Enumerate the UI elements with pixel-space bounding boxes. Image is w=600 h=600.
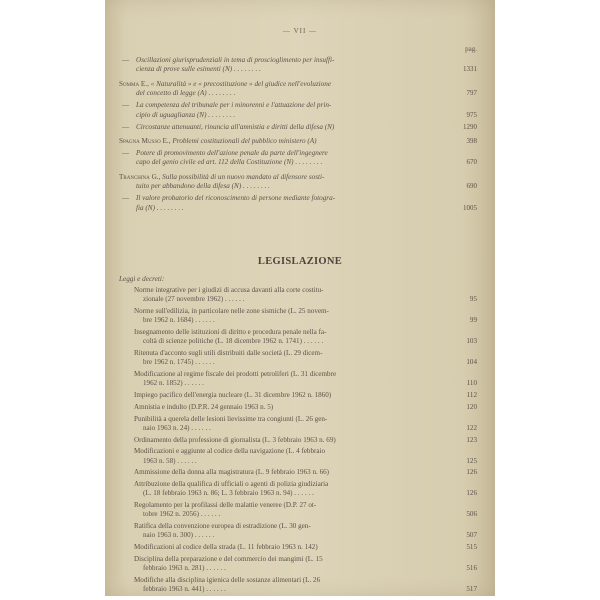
law-title: Ratifica della convenzione europea di es…: [134, 522, 311, 530]
entry-title: « Naturalità » e « precostituzione » del…: [151, 80, 331, 88]
law-title-cont: naio 1963 n. 24) . . . . . .: [134, 424, 441, 433]
entry-title: Oscillazioni giurisprudenziali in tema d…: [136, 56, 334, 64]
toc-entry: —Circostanze attenuanti, rinuncia all'am…: [119, 123, 481, 132]
page-number: 507: [466, 531, 477, 540]
page-folio: — VII —: [105, 27, 495, 35]
toc-entry: —Potere di promovimento dell'azione pena…: [119, 149, 481, 168]
page-number: 95: [470, 295, 477, 304]
entry-title: Circostanze attenuanti, rinuncia all'amn…: [136, 123, 334, 131]
entry-title-cont: capo del genio civile ed art. 112 della …: [136, 158, 322, 166]
page-number: 110: [467, 379, 477, 388]
law-title-cont: 1963 n. 58) . . . . . .: [134, 457, 441, 466]
law-title: Modificazione al regime fiscale dei prod…: [134, 370, 336, 378]
dash-mark: —: [122, 194, 129, 203]
law-entry: Attribuzione della qualifica di ufficial…: [119, 480, 481, 498]
law-entry: Amnistia e indulto (D.P.R. 24 gennaio 19…: [119, 403, 481, 412]
page-number: 797: [467, 89, 478, 98]
page-number: 1331: [463, 65, 477, 74]
page-number: 112: [467, 391, 477, 400]
law-entry: Norme integrative per i giudizi di accus…: [119, 286, 481, 304]
page-number: 506: [466, 510, 477, 519]
section-title: LEGISLAZIONE: [105, 256, 495, 267]
law-title: Norme integrative per i giudizi di accus…: [134, 286, 324, 294]
law-title-cont: febbraio 1963 n. 281) . . . . . .: [134, 564, 441, 573]
law-title: Modifiche alla disciplina igienica delle…: [134, 576, 320, 584]
toc-entry: Tranchina G., Sulla possibilità di un nu…: [119, 173, 481, 192]
laws-list: Norme integrative per i giudizi di accus…: [119, 286, 481, 597]
law-title: Ritenuta d'acconto sugli utili distribui…: [134, 349, 322, 357]
entry-title-cont: tuito per abbandono della difesa (N) . .…: [119, 182, 441, 191]
law-entry: Modificazione al regime fiscale dei prod…: [119, 370, 481, 388]
law-title-cont: (L. 18 febbraio 1963 n. 86; L. 3 febbrai…: [134, 489, 441, 498]
law-title-cont: bre 1962 n. 1745) . . . . . .: [134, 358, 441, 367]
law-entry: Ordinamento della professione di giornal…: [119, 436, 481, 445]
entry-title: Problemi costituzionali del pubblico min…: [172, 137, 316, 145]
law-entry: Norme sull'edilizia, in particolare nell…: [119, 307, 481, 325]
law-title-cont: tobre 1962 n. 2056) . . . . . .: [134, 510, 441, 519]
law-entry: Punibilità a querela delle lesioni lievi…: [119, 415, 481, 433]
law-title-cont: naio 1963 n. 300) . . . . . .: [134, 531, 441, 540]
law-title: Modificazioni e aggiunte al codice della…: [134, 447, 325, 455]
entry-title: Potere di promovimento dell'azione penal…: [136, 149, 328, 157]
law-entry: Ratifica della convenzione europea di es…: [119, 522, 481, 540]
law-entry: Disciplina della preparazione e del comm…: [119, 555, 481, 573]
toc-entry: —Oscillazioni giurisprudenziali in tema …: [119, 56, 481, 75]
entry-title: Il valore probatorio del riconoscimento …: [136, 194, 335, 202]
page-number: 122: [466, 424, 477, 433]
toc-entry: Somma E., « Naturalità » e « precostituz…: [119, 80, 481, 99]
law-title: Ammissione della donna alla magistratura…: [134, 468, 329, 476]
law-title: Ordinamento della professione di giornal…: [134, 436, 336, 444]
law-title: Regolamento per la profilassi delle mala…: [134, 501, 316, 509]
dash-mark: —: [122, 149, 129, 158]
entry-title-cont: fia (N) . . . . . . . .: [136, 204, 184, 212]
page-number: 670: [467, 158, 478, 167]
page-number: 516: [466, 564, 477, 573]
page-number: 126: [466, 489, 477, 498]
entry-title: Sulla possibilità di un nuovo mandato al…: [162, 173, 324, 181]
law-entry: Insegnamento delle istituzioni di diritt…: [119, 328, 481, 346]
book-page: — VII — pag. —Oscillazioni giurisprudenz…: [105, 0, 495, 596]
law-entry: Impiego pacifico dell'energia nucleare (…: [119, 391, 481, 400]
law-title-cont: 1962 n. 1852) . . . . . .: [134, 379, 441, 388]
page-number: 515: [466, 543, 477, 552]
law-title-cont: bre 1962 n. 1684) . . . . . .: [134, 316, 441, 325]
law-title: Punibilità a querela delle lesioni lievi…: [134, 415, 327, 423]
page-number: 120: [466, 403, 477, 412]
page-number: 104: [466, 358, 477, 367]
page-number: 123: [466, 436, 477, 445]
toc-list: —Oscillazioni giurisprudenziali in tema …: [119, 56, 481, 216]
page-number: 99: [470, 316, 477, 325]
page-number: 398: [467, 137, 478, 146]
law-title: Impiego pacifico dell'energia nucleare (…: [134, 391, 331, 399]
page-number: 517: [466, 585, 477, 594]
entry-author: Tranchina G.,: [119, 173, 162, 181]
law-entry: Regolamento per la profilassi delle mala…: [119, 501, 481, 519]
law-title: Attribuzione della qualifica di ufficial…: [134, 480, 328, 488]
law-title-cont: zionale (27 novembre 1962) . . . . . .: [134, 295, 441, 304]
page-number: 1290: [463, 123, 477, 132]
page-number: 690: [467, 182, 478, 191]
entry-title-cont: cipio di uguaglianza (N) . . . . . . . .: [136, 111, 235, 119]
page-number: 975: [467, 111, 478, 120]
entry-author: Somma E.,: [119, 80, 151, 88]
law-title: Disciplina della preparazione e del comm…: [134, 555, 323, 563]
law-title: Insegnamento delle istituzioni di diritt…: [134, 328, 326, 336]
entry-title-cont: cienza di prove sulle esimenti (N) . . .…: [136, 65, 261, 73]
toc-entry: Spagna Musso E., Problemi costituzionali…: [119, 137, 481, 146]
law-title: Norme sull'edilizia, in particolare nell…: [134, 307, 329, 315]
law-entry: Modificazioni e aggiunte al codice della…: [119, 447, 481, 465]
entry-title: La competenza del tribunale per i minore…: [136, 101, 331, 109]
law-title-cont: febbraio 1963 n. 441) . . . . . .: [134, 585, 441, 594]
dash-mark: —: [122, 101, 129, 110]
page-number: 1005: [463, 204, 477, 213]
law-entry: Modifiche alla disciplina igienica delle…: [119, 576, 481, 594]
subheading: Leggi e decreti:: [119, 275, 164, 283]
page-number: 125: [466, 457, 477, 466]
law-title: Amnistia e indulto (D.P.R. 24 gennaio 19…: [134, 403, 273, 411]
law-title: Modificazioni al codice della strada (L.…: [134, 543, 318, 551]
law-entry: Ammissione della donna alla magistratura…: [119, 468, 481, 477]
toc-entry: —Il valore probatorio del riconoscimento…: [119, 194, 481, 213]
law-entry: Ritenuta d'acconto sugli utili distribui…: [119, 349, 481, 367]
toc-entry: —La competenza del tribunale per i minor…: [119, 101, 481, 120]
entry-author: Spagna Musso E.,: [119, 137, 172, 145]
entry-title-cont: del concetto di legge (A) . . . . . . . …: [119, 89, 441, 98]
dash-mark: —: [122, 56, 129, 65]
dash-mark: —: [122, 123, 129, 132]
page-number: 126: [466, 468, 477, 477]
page-number: 103: [466, 337, 477, 346]
pag-label: pag.: [465, 45, 477, 53]
law-title-cont: coltà di scienze politiche (L. 18 dicemb…: [134, 337, 441, 346]
law-entry: Modificazioni al codice della strada (L.…: [119, 543, 481, 552]
